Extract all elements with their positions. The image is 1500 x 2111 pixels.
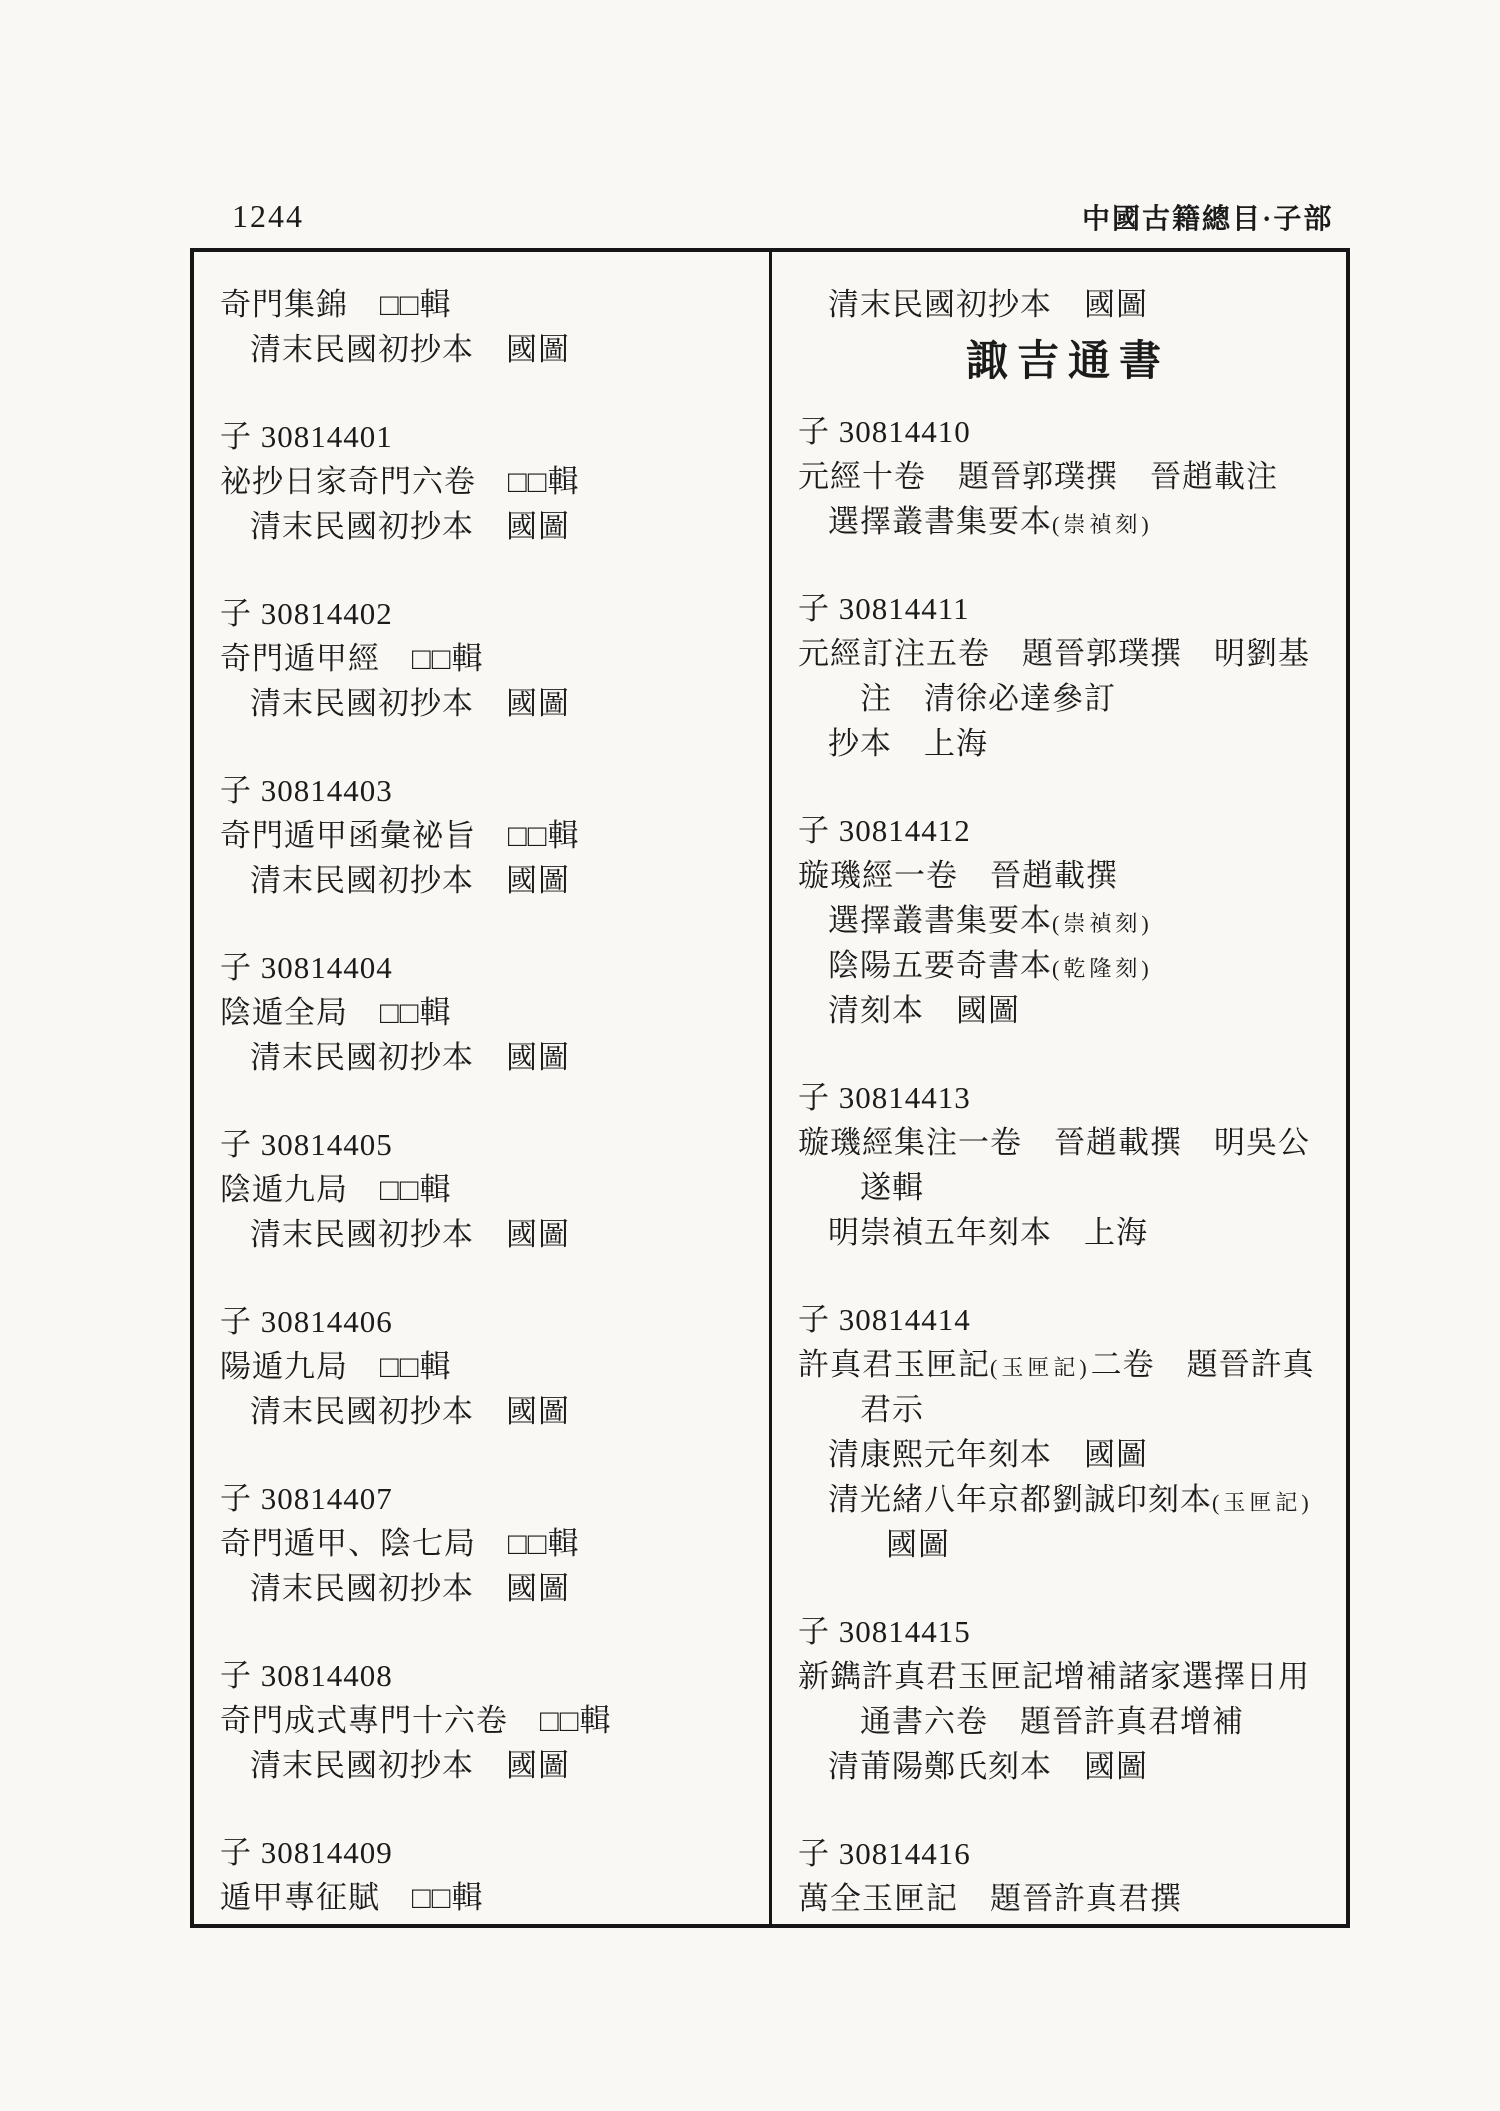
entry-line-cont2: 國圖	[798, 1522, 1338, 1567]
text-segment: 奇門成式專門十六卷 □□輯	[220, 1703, 611, 1738]
catalog-entry: 奇門集錦 □□輯清末民國初抄本 國圖	[220, 282, 759, 372]
entry-line-title: 遁甲專征賦 □□輯	[220, 1875, 759, 1920]
paren-note: (乾隆刻)	[1052, 956, 1153, 981]
entry-line-id: 子 30814405	[220, 1122, 759, 1167]
text-segment: 璇璣經集注一卷 晉趙載撰 明吳公	[798, 1125, 1310, 1160]
text-segment: 子 30814414	[798, 1302, 971, 1337]
text-segment: 子 30814408	[220, 1658, 393, 1693]
section-title: 諏吉通書	[798, 333, 1338, 391]
entry-line-id: 子 30814411	[798, 586, 1338, 631]
text-segment: 清末民國初抄本 國圖	[250, 1394, 570, 1429]
entry-line-imprint: 清康熙元年刻本 國圖	[798, 1432, 1338, 1477]
text-segment: 清末民國初抄本 國圖	[250, 332, 570, 367]
entry-line-cont: 注 清徐必達參訂	[798, 676, 1338, 721]
entry-line-id: 子 30814416	[798, 1831, 1338, 1876]
catalog-entry: 子 30814402奇門遁甲經 □□輯清末民國初抄本 國圖	[220, 591, 759, 726]
text-segment: 清末民國初抄本 國圖	[250, 863, 570, 898]
text-segment: 清末民國初抄本 國圖	[250, 509, 570, 544]
entry-line-id: 子 30814410	[798, 409, 1338, 454]
text-segment: 奇門遁甲、陰七局 □□輯	[220, 1526, 579, 1561]
entry-line-id: 子 30814409	[220, 1830, 759, 1875]
catalog-entry: 子 30814414許真君玉匣記(玉匣記)二卷 題晉許真君示清康熙元年刻本 國圖…	[798, 1297, 1338, 1567]
text-segment: 奇門遁甲經 □□輯	[220, 641, 483, 676]
entry-line-imprint: 抄本 上海	[798, 721, 1338, 766]
text-segment: 遂輯	[860, 1170, 924, 1205]
text-segment: 清末民國初抄本 國圖	[828, 287, 1148, 322]
entry-line-imprint: 清光緒八年京都劉誠印刻本(玉匣記)	[798, 1477, 1338, 1522]
paren-note: (玉匣記)	[1212, 1490, 1313, 1515]
entry-line-id: 子 30814406	[220, 1299, 759, 1344]
text-segment: 祕抄日家奇門六卷 □□輯	[220, 464, 579, 499]
entry-line-id: 子 30814408	[220, 1653, 759, 1698]
entry-line-title: 元經十卷 題晉郭璞撰 晉趙載注	[798, 454, 1338, 499]
entry-line-title: 新鐫許真君玉匣記增補諸家選擇日用	[798, 1654, 1338, 1699]
text-segment: 子 30814416	[798, 1836, 971, 1871]
text-segment: 選擇叢書集要本	[828, 504, 1052, 539]
text-segment: 選擇叢書集要本	[828, 903, 1052, 938]
catalog-entry: 子 30814412璇璣經一卷 晉趙載撰選擇叢書集要本(崇禎刻)陰陽五要奇書本(…	[798, 808, 1338, 1033]
text-segment: 清莆陽鄭氏刻本 國圖	[828, 1749, 1148, 1784]
entry-line-id: 子 30814403	[220, 768, 759, 813]
text-segment: 許真君玉匣記	[798, 1347, 990, 1382]
catalog-entry: 清末民國初抄本 國圖	[798, 282, 1338, 327]
entry-line-title: 奇門成式專門十六卷 □□輯	[220, 1698, 759, 1743]
text-segment: 子 30814407	[220, 1481, 393, 1516]
text-segment: 清末民國初抄本 國圖	[250, 1040, 570, 1075]
entry-line-cont: 遂輯	[798, 1165, 1338, 1210]
entry-line-title: 奇門集錦 □□輯	[220, 282, 759, 327]
text-segment: 抄本 上海	[828, 726, 988, 761]
left-column: 奇門集錦 □□輯清末民國初抄本 國圖子 30814401祕抄日家奇門六卷 □□輯…	[194, 252, 772, 1924]
text-segment: 清光緒八年京都劉誠印刻本	[828, 1482, 1212, 1517]
text-segment: 璇璣經一卷 晉趙載撰	[798, 858, 1118, 893]
entry-line-cont: 通書六卷 題晉許真君增補	[798, 1699, 1338, 1744]
text-segment: 元經訂注五卷 題晉郭璞撰 明劉基	[798, 636, 1310, 671]
entry-line-id: 子 30814407	[220, 1476, 759, 1521]
text-segment: 子 30814411	[798, 591, 970, 626]
entry-line-imprint: 選擇叢書集要本(崇禎刻)	[798, 499, 1338, 544]
text-segment: 子 30814410	[798, 414, 971, 449]
catalog-entry: 子 30814411元經訂注五卷 題晉郭璞撰 明劉基注 清徐必達參訂抄本 上海	[798, 586, 1338, 766]
entry-line-imprint: 清末民國初抄本 國圖	[220, 327, 759, 372]
text-segment: 遁甲專征賦 □□輯	[220, 1880, 483, 1915]
catalog-entry: 子 30814408奇門成式專門十六卷 □□輯清末民國初抄本 國圖	[220, 1653, 759, 1788]
running-title: 中國古籍總目·子部	[1082, 197, 1333, 237]
text-segment: 注 清徐必達參訂	[860, 681, 1116, 716]
entry-line-title: 奇門遁甲經 □□輯	[220, 636, 759, 681]
entry-line-title: 璇璣經一卷 晉趙載撰	[798, 853, 1338, 898]
entry-line-title: 奇門遁甲函彙祕旨 □□輯	[220, 813, 759, 858]
text-segment: 明崇禎五年刻本 上海	[828, 1215, 1148, 1250]
entry-line-id: 子 30814412	[798, 808, 1338, 853]
entry-line-imprint: 清末民國初抄本 國圖	[220, 858, 759, 903]
text-segment: 子 30814405	[220, 1127, 393, 1162]
text-segment: 君示	[860, 1392, 924, 1427]
text-segment: 奇門集錦 □□輯	[220, 287, 451, 322]
entry-line-title: 許真君玉匣記(玉匣記)二卷 題晉許真	[798, 1342, 1338, 1387]
catalog-entry: 子 30814403奇門遁甲函彙祕旨 □□輯清末民國初抄本 國圖	[220, 768, 759, 903]
entry-line-imprint: 陰陽五要奇書本(乾隆刻)	[798, 943, 1338, 988]
entry-line-id: 子 30814401	[220, 414, 759, 459]
entry-line-title: 萬全玉匣記 題晉許真君撰	[798, 1876, 1338, 1921]
text-segment: 清末民國初抄本 國圖	[250, 1217, 570, 1252]
scanned-catalog-page: 1244 中國古籍總目·子部 奇門集錦 □□輯清末民國初抄本 國圖子 30814…	[0, 0, 1500, 2111]
entry-line-imprint: 清末民國初抄本 國圖	[220, 1566, 759, 1611]
entry-line-imprint: 清末民國初抄本 國圖	[798, 282, 1338, 327]
entry-line-title: 璇璣經集注一卷 晉趙載撰 明吳公	[798, 1120, 1338, 1165]
entry-line-imprint: 選擇叢書集要本(崇禎刻)	[798, 898, 1338, 943]
entry-line-imprint: 清刻本 國圖	[798, 988, 1338, 1033]
catalog-entry: 子 30814415新鐫許真君玉匣記增補諸家選擇日用通書六卷 題晉許真君增補清莆…	[798, 1609, 1338, 1789]
text-segment: 子 30814403	[220, 773, 393, 808]
catalog-entry: 子 30814409遁甲專征賦 □□輯	[220, 1830, 759, 1920]
paren-note: (玉匣記)	[990, 1355, 1091, 1380]
text-segment: 清刻本 國圖	[828, 993, 1020, 1028]
entry-line-title: 元經訂注五卷 題晉郭璞撰 明劉基	[798, 631, 1338, 676]
entry-line-imprint: 清末民國初抄本 國圖	[220, 504, 759, 549]
paren-note: (崇禎刻)	[1052, 911, 1153, 936]
entry-line-title: 陽遁九局 □□輯	[220, 1344, 759, 1389]
entry-line-imprint: 明崇禎五年刻本 上海	[798, 1210, 1338, 1255]
entry-line-imprint: 清末民國初抄本 國圖	[220, 1389, 759, 1434]
paren-note: (崇禎刻)	[1052, 512, 1153, 537]
page-number: 1244	[232, 198, 304, 235]
entry-line-id: 子 30814415	[798, 1609, 1338, 1654]
entry-line-title: 陰遁九局 □□輯	[220, 1167, 759, 1212]
text-segment: 清末民國初抄本 國圖	[250, 1571, 570, 1606]
entry-line-title: 祕抄日家奇門六卷 □□輯	[220, 459, 759, 504]
text-segment: 子 30814401	[220, 419, 393, 454]
entry-line-imprint: 清末民國初抄本 國圖	[220, 1212, 759, 1257]
catalog-entry: 子 30814410元經十卷 題晉郭璞撰 晉趙載注選擇叢書集要本(崇禎刻)	[798, 409, 1338, 544]
text-segment: 元經十卷 題晉郭璞撰 晉趙載注	[798, 459, 1278, 494]
text-segment: 子 30814404	[220, 950, 393, 985]
text-segment: 子 30814413	[798, 1080, 971, 1115]
entry-line-id: 子 30814414	[798, 1297, 1338, 1342]
text-segment: 國圖	[886, 1527, 950, 1562]
entry-line-imprint: 清末民國初抄本 國圖	[220, 681, 759, 726]
catalog-entry: 子 30814416萬全玉匣記 題晉許真君撰	[798, 1831, 1338, 1921]
entry-line-imprint: 清莆陽鄭氏刻本 國圖	[798, 1744, 1338, 1789]
catalog-entry: 子 30814407奇門遁甲、陰七局 □□輯清末民國初抄本 國圖	[220, 1476, 759, 1611]
text-segment: 子 30814409	[220, 1835, 393, 1870]
text-segment: 清末民國初抄本 國圖	[250, 686, 570, 721]
entry-line-title: 陰遁全局 □□輯	[220, 990, 759, 1035]
entry-line-title: 奇門遁甲、陰七局 □□輯	[220, 1521, 759, 1566]
catalog-entry: 子 30814404陰遁全局 □□輯清末民國初抄本 國圖	[220, 945, 759, 1080]
entry-line-imprint: 清末民國初抄本 國圖	[220, 1035, 759, 1080]
text-segment: 陽遁九局 □□輯	[220, 1349, 451, 1384]
text-segment: 陰遁九局 □□輯	[220, 1172, 451, 1207]
text-segment: 清末民國初抄本 國圖	[250, 1748, 570, 1783]
entry-line-id: 子 30814402	[220, 591, 759, 636]
text-segment: 陰陽五要奇書本	[828, 948, 1052, 983]
catalog-entry: 子 30814405陰遁九局 □□輯清末民國初抄本 國圖	[220, 1122, 759, 1257]
text-segment: 清康熙元年刻本 國圖	[828, 1437, 1148, 1472]
text-segment: 子 30814415	[798, 1614, 971, 1649]
text-segment: 二卷 題晉許真	[1091, 1347, 1315, 1382]
text-segment: 萬全玉匣記 題晉許真君撰	[798, 1881, 1182, 1916]
catalog-entry: 子 30814413璇璣經集注一卷 晉趙載撰 明吳公遂輯明崇禎五年刻本 上海	[798, 1075, 1338, 1255]
entry-line-id: 子 30814404	[220, 945, 759, 990]
entry-line-id: 子 30814413	[798, 1075, 1338, 1120]
catalog-entry: 子 30814406陽遁九局 □□輯清末民國初抄本 國圖	[220, 1299, 759, 1434]
text-segment: 子 30814406	[220, 1304, 393, 1339]
right-column: 清末民國初抄本 國圖諏吉通書子 30814410元經十卷 題晉郭璞撰 晉趙載注選…	[772, 252, 1346, 1924]
entry-line-imprint: 清末民國初抄本 國圖	[220, 1743, 759, 1788]
text-segment: 陰遁全局 □□輯	[220, 995, 451, 1030]
text-segment: 奇門遁甲函彙祕旨 □□輯	[220, 818, 579, 853]
text-segment: 子 30814402	[220, 596, 393, 631]
entry-line-cont: 君示	[798, 1387, 1338, 1432]
text-segment: 子 30814412	[798, 813, 971, 848]
catalog-box: 奇門集錦 □□輯清末民國初抄本 國圖子 30814401祕抄日家奇門六卷 □□輯…	[190, 248, 1350, 1928]
catalog-entry: 子 30814401祕抄日家奇門六卷 □□輯清末民國初抄本 國圖	[220, 414, 759, 549]
text-segment: 通書六卷 題晉許真君增補	[860, 1704, 1244, 1739]
text-segment: 新鐫許真君玉匣記增補諸家選擇日用	[798, 1659, 1310, 1694]
